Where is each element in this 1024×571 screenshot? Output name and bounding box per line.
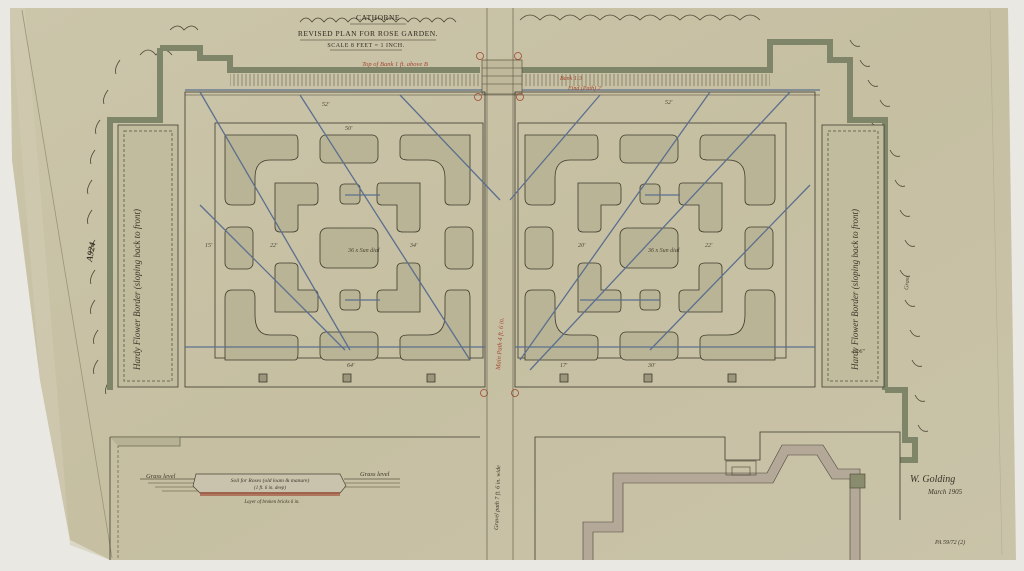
section-soil-depth: (1 ft. 6 in. deep) — [254, 486, 286, 491]
signature-date: March 1905 — [927, 488, 963, 496]
top-of-bank-note: Top of Bank 1 ft. above B — [362, 61, 428, 68]
centre-bed-right-label: 36 x Sun dial — [647, 248, 680, 254]
dim-left-side: 15' — [205, 243, 213, 249]
central-steps — [482, 60, 522, 94]
signature-name: W. Golding — [910, 474, 955, 485]
top-bank-left — [230, 74, 480, 86]
border-dimension: 14.6" — [852, 348, 866, 355]
dim-right-bottom2: 30' — [647, 363, 656, 369]
dim-right-mid2: 22' — [705, 243, 713, 249]
title-line-2: REVISED PLAN FOR ROSE GARDEN. — [298, 29, 438, 38]
title-scale: SCALE 8 FEET = 1 INCH. — [327, 43, 404, 49]
bank-note: Bank 1:3 — [560, 76, 582, 82]
dim-right-bottom: 17' — [560, 363, 568, 369]
dim-left-mid2: 34' — [409, 242, 418, 249]
title-line-1: CATHORNE — [356, 13, 400, 22]
dim-left-bottom: 64' — [347, 362, 355, 369]
right-border-label: Hardy Flower Border (sloping back to fro… — [850, 209, 860, 371]
find-path-note: Find (Path) 2' — [567, 85, 603, 92]
section-left-level: Grass level — [146, 473, 176, 480]
dim-right-top: 52' — [665, 100, 673, 106]
dim-left-mid: 22' — [270, 243, 278, 249]
rose-garden-plan: CATHORNE REVISED PLAN FOR ROSE GARDEN. S… — [0, 0, 1024, 571]
dim-left-top-2: 50' — [345, 126, 353, 132]
section-drainage-note: Layer of broken bricks 6 in. — [243, 500, 299, 505]
centre-bed-left-label: 36 x Sun dial — [347, 248, 380, 254]
dim-left-top: 52' — [322, 102, 330, 108]
dim-right-mid: 20' — [578, 243, 586, 249]
left-flower-border — [118, 125, 178, 387]
section-right-level: Grass level — [360, 471, 390, 478]
section-soil-note: Soil for Roses (old loam & manure) — [231, 477, 310, 484]
left-border-label: Hardy Flower Border (sloping back to fro… — [132, 209, 142, 371]
catalog-mark: PA 59/72 (2) — [934, 539, 965, 546]
